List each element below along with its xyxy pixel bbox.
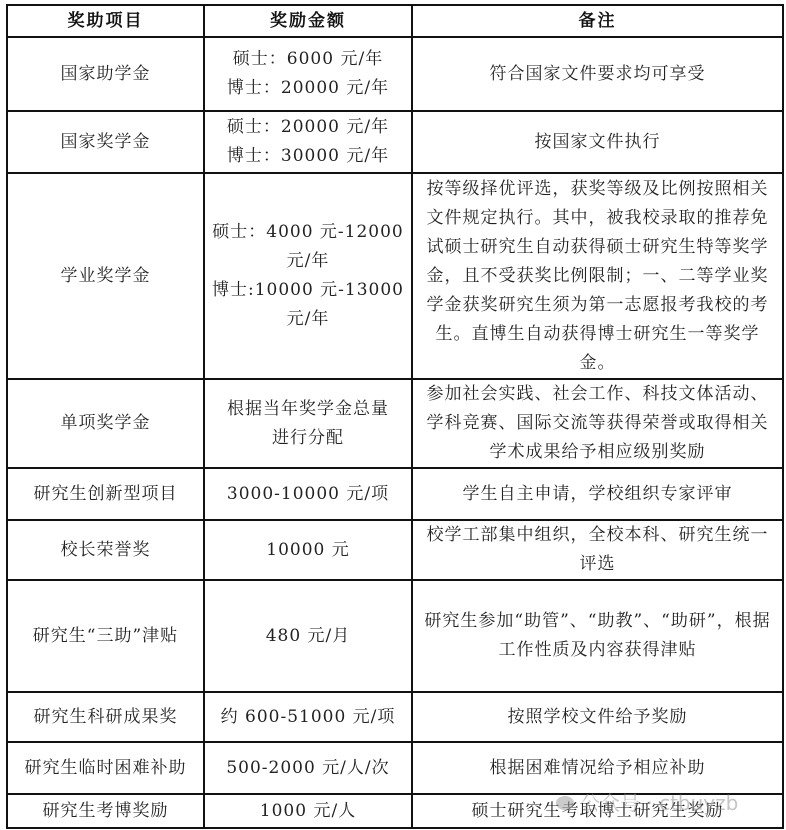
cell-amount: 500-2000 元/人/次	[204, 742, 412, 794]
cell-remark: 根据困难情况给予相应补助	[412, 742, 783, 794]
cell-remark: 符合国家文件要求均可享受	[412, 37, 783, 111]
cell-item: 校长荣誉奖	[7, 520, 204, 580]
cell-amount: 10000 元	[204, 520, 412, 580]
cell-amount: 根据当年奖学金总量进行分配	[204, 379, 412, 468]
cell-remark: 校学工部集中组织，全校本科、研究生统一评选	[412, 520, 783, 580]
amount-line: 元/年	[211, 305, 405, 334]
amount-line: 约 600-51000 元/项	[211, 703, 405, 732]
cell-amount: 硕士：4000 元-12000元/年博士:10000 元-13000元/年	[204, 173, 412, 379]
amount-line: 硕士：20000 元/年	[211, 113, 405, 142]
table-body: 国家助学金硕士：6000 元/年博士：20000 元/年符合国家文件要求均可享受…	[7, 37, 783, 828]
cell-item: 研究生临时困难补助	[7, 742, 204, 794]
amount-line: 10000 元	[211, 536, 405, 565]
cell-item: 研究生科研成果奖	[7, 692, 204, 742]
cell-item: 学业奖学金	[7, 173, 204, 379]
cell-amount: 3000-10000 元/项	[204, 468, 412, 520]
amount-line: 硕士：4000 元-12000	[211, 218, 405, 247]
header-amount: 奖励金额	[204, 5, 412, 37]
cell-remark: 按照学校文件给予奖励	[412, 692, 783, 742]
cell-amount: 硕士：20000 元/年博士：30000 元/年	[204, 111, 412, 173]
table-row: 校长荣誉奖10000 元校学工部集中组织，全校本科、研究生统一评选	[7, 520, 783, 580]
amount-line: 博士：30000 元/年	[211, 142, 405, 171]
cell-remark: 学生自主申请，学校组织专家评审	[412, 468, 783, 520]
amount-line: 进行分配	[211, 424, 405, 453]
amount-line: 500-2000 元/人/次	[211, 754, 405, 783]
cell-amount: 480 元/月	[204, 580, 412, 692]
table-row: 单项奖学金根据当年奖学金总量进行分配参加社会实践、社会工作、科技文体活动、学科竞…	[7, 379, 783, 468]
table-row: 研究生考博奖励1000 元/人硕士研究生考取博士研究生奖励	[7, 794, 783, 828]
table-row: 国家奖学金硕士：20000 元/年博士：30000 元/年按国家文件执行	[7, 111, 783, 173]
cell-item: 国家奖学金	[7, 111, 204, 173]
cell-item: 国家助学金	[7, 37, 204, 111]
amount-line: 博士:10000 元-13000	[211, 276, 405, 305]
award-table: 奖助项目 奖励金额 备注 国家助学金硕士：6000 元/年博士：20000 元/…	[6, 4, 784, 829]
table-row: 研究生科研成果奖约 600-51000 元/项按照学校文件给予奖励	[7, 692, 783, 742]
amount-line: 3000-10000 元/项	[211, 480, 405, 509]
cell-item: 研究生考博奖励	[7, 794, 204, 828]
cell-item: 研究生创新型项目	[7, 468, 204, 520]
amount-line: 博士：20000 元/年	[211, 74, 405, 103]
table-row: 研究生创新型项目3000-10000 元/项学生自主申请，学校组织专家评审	[7, 468, 783, 520]
table-row: 国家助学金硕士：6000 元/年博士：20000 元/年符合国家文件要求均可享受	[7, 37, 783, 111]
amount-line: 480 元/月	[211, 622, 405, 651]
cell-remark: 参加社会实践、社会工作、科技文体活动、学科竞赛、国际交流等获得荣誉或取得相关学术…	[412, 379, 783, 468]
cell-remark: 研究生参加“助管”、“助教”、“助研”，根据工作性质及内容获得津贴	[412, 580, 783, 692]
header-item: 奖助项目	[7, 5, 204, 37]
cell-amount: 硕士：6000 元/年博士：20000 元/年	[204, 37, 412, 111]
cell-remark: 硕士研究生考取博士研究生奖励	[412, 794, 783, 828]
header-row: 奖助项目 奖励金额 备注	[7, 5, 783, 37]
amount-line: 硕士：6000 元/年	[211, 45, 405, 74]
cell-item: 单项奖学金	[7, 379, 204, 468]
table-row: 学业奖学金硕士：4000 元-12000元/年博士:10000 元-13000元…	[7, 173, 783, 379]
amount-line: 根据当年奖学金总量	[211, 395, 405, 424]
header-remark: 备注	[412, 5, 783, 37]
amount-line: 1000 元/人	[211, 797, 405, 826]
table-row: 研究生临时困难补助500-2000 元/人/次根据困难情况给予相应补助	[7, 742, 783, 794]
cell-remark: 按等级择优评选，获奖等级及比例按照相关文件规定执行。其中，被我校录取的推荐免试硕…	[412, 173, 783, 379]
table-row: 研究生“三助”津贴480 元/月研究生参加“助管”、“助教”、“助研”，根据工作…	[7, 580, 783, 692]
cell-item: 研究生“三助”津贴	[7, 580, 204, 692]
cell-amount: 约 600-51000 元/项	[204, 692, 412, 742]
cell-remark: 按国家文件执行	[412, 111, 783, 173]
cell-amount: 1000 元/人	[204, 794, 412, 828]
amount-line: 元/年	[211, 247, 405, 276]
